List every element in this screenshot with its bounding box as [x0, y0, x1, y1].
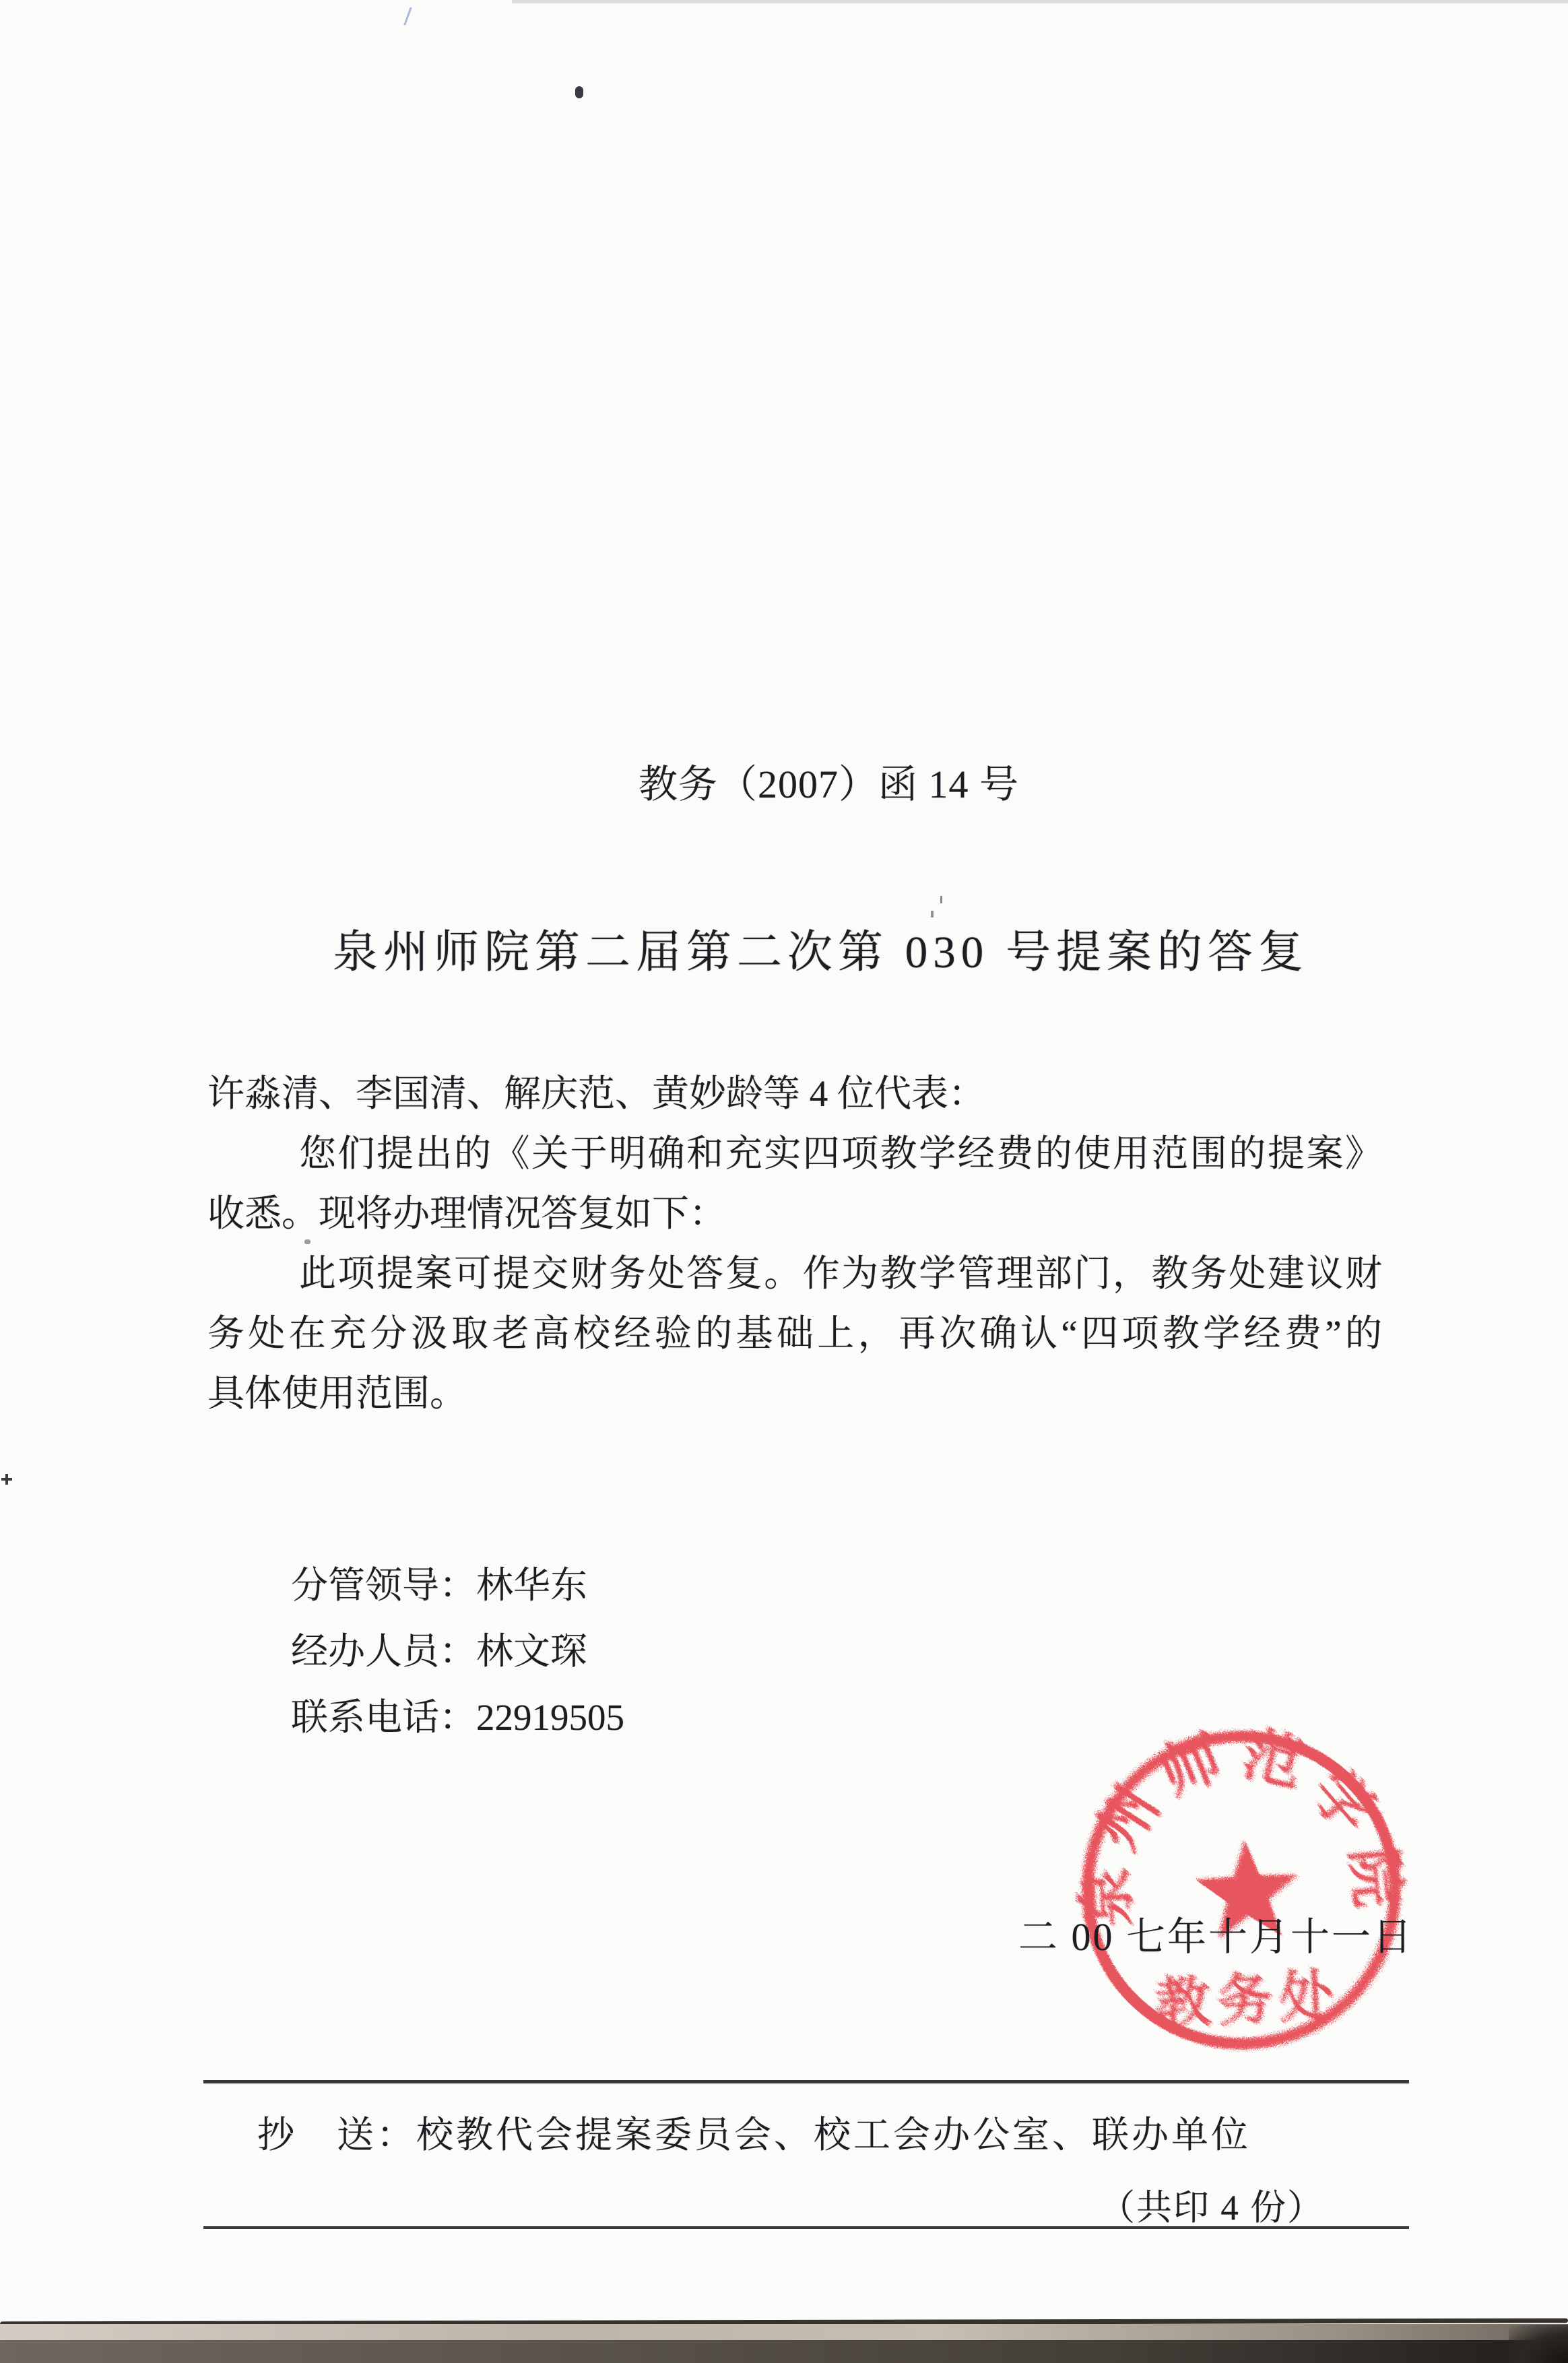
body-line-p1-1: 您们提出的《关于明确和充实四项教学经费的使用范围的提案》	[299, 1135, 1382, 1172]
scanned-document-page: 教务（2007）函 14 号 泉州师院第二届第二次第 030 号提案的答复 许淼…	[0, 0, 1568, 2363]
ink-speck-blue-slash	[403, 7, 412, 25]
doc-number: 教务（2007）函 14 号	[639, 765, 1019, 804]
cc-line: 抄 送：校教代会提案委员会、校工会办公室、联办单位	[257, 2116, 1251, 2154]
body-line-p2-1: 此项提案可提交财务处答复。作为教学管理部门，教务处建议财	[299, 1255, 1382, 1292]
salutation-line: 许淼清、李国清、解庆范、黄妙龄等 4 位代表：	[207, 1075, 985, 1112]
ink-speck-top	[575, 86, 583, 98]
official-stamp: 泉州师范学院 教务处	[1064, 1714, 1421, 2071]
page-title: 泉州师院第二届第二次第 030 号提案的答复	[333, 930, 1309, 975]
contact-leader-line: 分管领导：林华东	[291, 1567, 587, 1604]
contact-handler-line: 经办人员：林文琛	[291, 1633, 587, 1670]
cc-divider-top	[203, 2080, 1409, 2083]
scan-bottom-band-dark	[0, 2340, 1568, 2363]
scan-bottom-corner	[1509, 2325, 1568, 2363]
copies-line: （共印 4 份）	[1099, 2191, 1324, 2226]
ink-speck-left-margin-v	[5, 1474, 8, 1485]
body-line-p2-3: 具体使用范围。	[207, 1375, 467, 1412]
ink-speck-body	[304, 1239, 311, 1244]
date-line: 二 00 七年十月十一日	[1018, 1918, 1414, 1957]
cc-divider-bottom	[203, 2226, 1409, 2229]
scan-top-edge	[512, 0, 1568, 3]
ink-speck-title-apostrophe	[931, 911, 934, 917]
body-line-p2-2: 务处在充分汲取老高校经验的基础上，再次确认“四项教学经费”的	[207, 1315, 1382, 1352]
body-line-p1-2: 收悉。现将办理情况答复如下：	[207, 1195, 726, 1232]
stamp-dept-text: 教务处	[1154, 1965, 1342, 2036]
contact-phone-line: 联系电话：22919505	[291, 1699, 624, 1736]
ink-speck-above-title	[940, 896, 942, 903]
